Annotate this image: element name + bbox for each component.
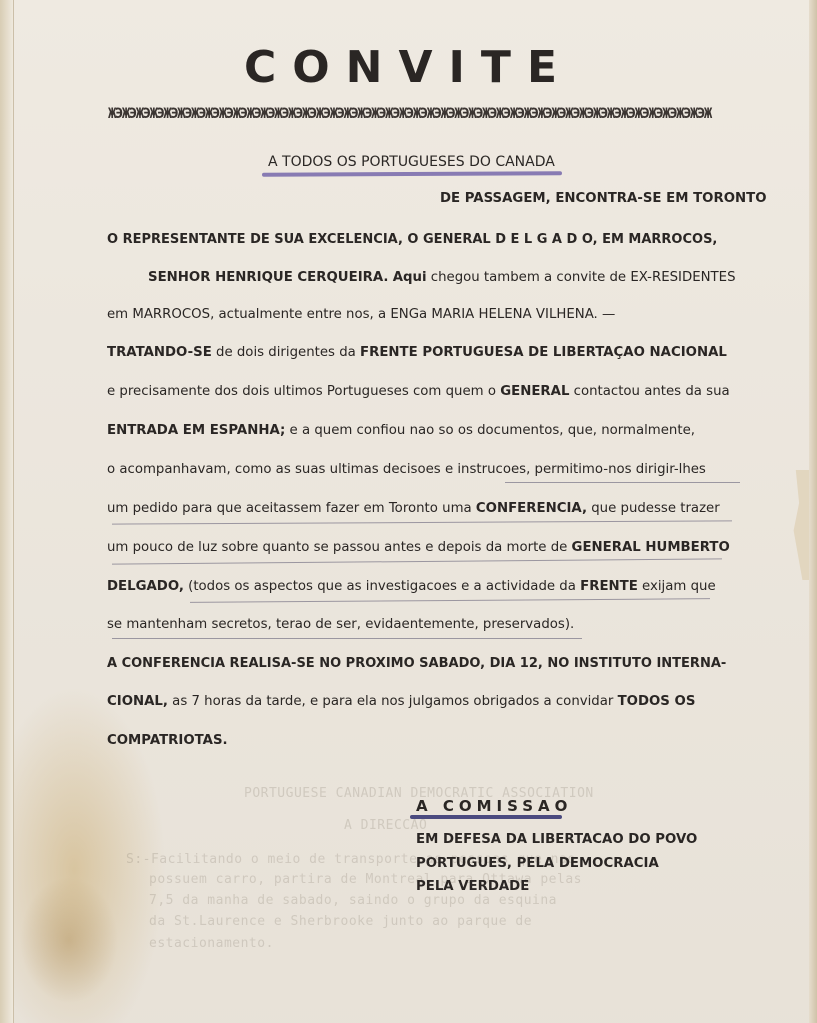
document-title: CONVITE <box>0 42 817 93</box>
pen-underline <box>112 638 582 639</box>
salutation: A TODOS OS PORTUGUESES DO CANADA <box>268 154 555 170</box>
text-bold: TODOS OS <box>618 694 696 709</box>
body-line: COMPATRIOTAS. <box>107 733 228 748</box>
text: exijam que <box>638 579 716 594</box>
text-bold: Aqui <box>393 270 427 285</box>
body-line: O REPRESENTANTE DE SUA EXCELENCIA, O GEN… <box>107 232 717 247</box>
text-bold: SENHOR HENRIQUE CERQUEIRA. <box>148 270 388 285</box>
body-line: DE PASSAGEM, ENCONTRA-SE EM TORONTO <box>440 191 767 206</box>
signature-line: PORTUGUES, PELA DEMOCRACIA <box>416 856 659 871</box>
bleed-through-line: 7,5 da manha de sabado, saindo o grupo d… <box>149 893 557 908</box>
text: (todos os aspectos que as investigacoes … <box>184 579 580 594</box>
body-line: um pedido para que aceitassem fazer em T… <box>107 501 720 516</box>
text-bold: GENERAL HUMBERTO <box>572 540 730 555</box>
bleed-through-line: A DIRECCAO <box>344 818 427 833</box>
bleed-through-line: estacionamento. <box>149 936 274 951</box>
text-bold: GENERAL <box>500 384 569 399</box>
body-line: CIONAL, as 7 horas da tarde, e para ela … <box>107 694 695 709</box>
text: as 7 horas da tarde, e para ela nos julg… <box>168 694 618 709</box>
text: e a quem confiou nao so os documentos, q… <box>285 423 695 438</box>
signature-title: A COMISSAO <box>416 797 572 815</box>
body-line: SENHOR HENRIQUE CERQUEIRA. Aqui chegou t… <box>148 270 736 285</box>
body-line: TRATANDO-SE de dois dirigentes da FRENTE… <box>107 345 727 360</box>
text: que pudesse trazer <box>587 501 720 516</box>
text-bold: DELGADO, <box>107 579 184 594</box>
text-bold: TRATANDO-SE <box>107 345 212 360</box>
text-bold: CONFERENCIA, <box>476 501 587 516</box>
text-bold: CIONAL, <box>107 694 168 709</box>
body-line: A CONFERENCIA REALISA-SE NO PROXIMO SABA… <box>107 656 726 671</box>
body-line: e precisamente dos dois ultimos Portugue… <box>107 384 730 399</box>
text-bold: ENTRADA EM ESPANHA; <box>107 423 285 438</box>
body-line: DELGADO, (todos os aspectos que as inves… <box>107 579 716 594</box>
text: contactou antes da sua <box>569 384 729 399</box>
body-line: um pouco de luz sobre quanto se passou a… <box>107 540 730 555</box>
body-line: ENTRADA EM ESPANHA; e a quem confiou nao… <box>107 423 695 438</box>
text-bold: FRENTE PORTUGUESA DE LIBERTAÇAO NACIONAL <box>360 345 727 360</box>
body-line: em MARROCOS, actualmente entre nos, a EN… <box>107 307 615 322</box>
text: um pedido para que aceitassem fazer em T… <box>107 501 476 516</box>
text: e precisamente dos dois ultimos Portugue… <box>107 384 500 399</box>
body-line: o acompanhavam, como as suas ultimas dec… <box>107 462 706 477</box>
navy-underline <box>410 815 562 819</box>
signature-line: PELA VERDADE <box>416 879 529 894</box>
ornamental-border: ЖЭЖЭЖЭЖЭЖЭЖЭЖЭЖЭЖЭЖЭЖЭЖЭЖЭЖЭЖЭЖЭЖЭЖЭЖЭЖЭ… <box>108 106 718 126</box>
pen-underline <box>505 482 740 483</box>
body-line: se mantenham secretos, terao de ser, evi… <box>107 617 574 632</box>
scan-left-edge <box>0 0 13 1023</box>
text: chegou tambem a convite de EX-RESIDENTES <box>427 270 736 285</box>
signature-line: EM DEFESA DA LIBERTACAO DO POVO <box>416 832 697 847</box>
text-bold: FRENTE <box>580 579 638 594</box>
scan-right-edge <box>809 0 817 1023</box>
text: um pouco de luz sobre quanto se passou a… <box>107 540 572 555</box>
bleed-through-line: da St.Laurence e Sherbrooke junto ao par… <box>149 914 532 929</box>
text: de dois dirigentes da <box>212 345 360 360</box>
